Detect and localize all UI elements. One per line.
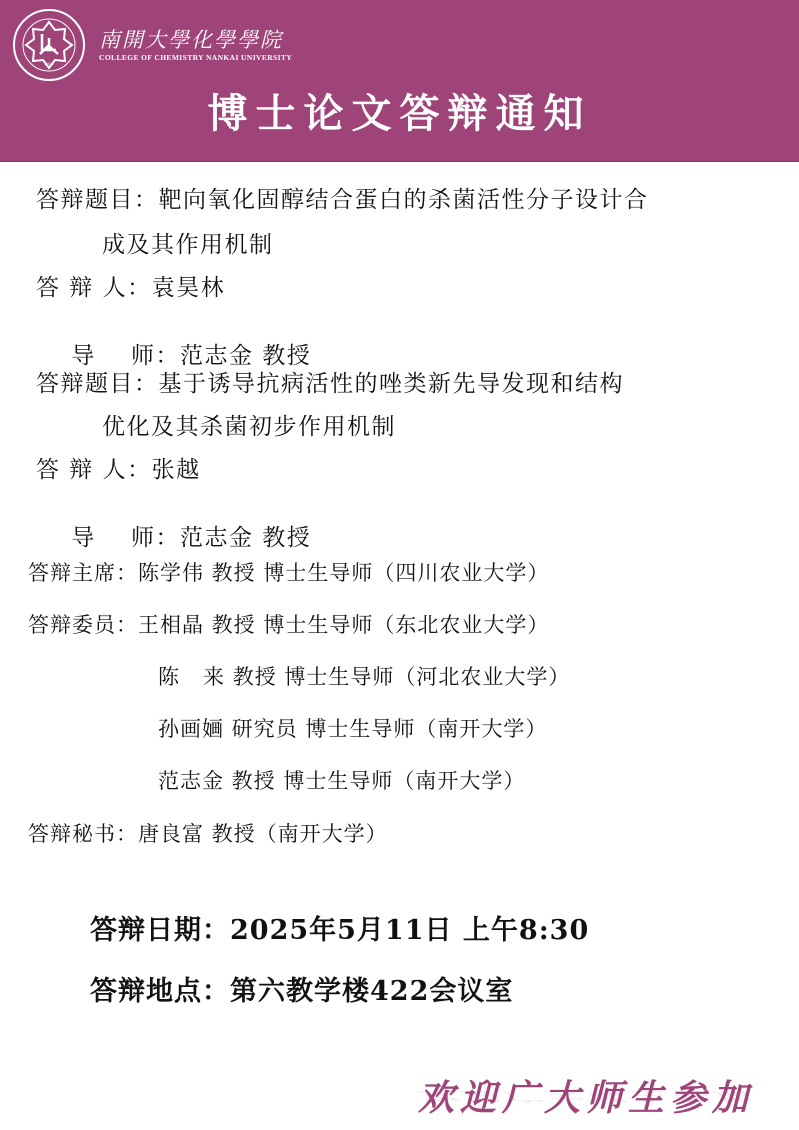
defense-2-topic-cont: 优化及其杀菌初步作用机制 — [102, 408, 396, 441]
candidate-name: 袁昊林 — [152, 275, 226, 301]
chair-name: 陈学伟 教授 博士生导师（四川农业大学） — [138, 561, 549, 585]
members-label: 答辩委员： — [28, 613, 138, 637]
college-emblem-icon: 1921 — [12, 8, 86, 82]
defense-2-topic: 答辩题目：基于诱导抗病活性的唑类新先导发现和结构 — [36, 365, 624, 398]
advisor-label: 导 师： — [71, 525, 180, 551]
committee-chair: 答辩主席：陈学伟 教授 博士生导师（四川农业大学） — [28, 557, 549, 587]
chair-label: 答辩主席： — [28, 561, 138, 585]
member-name: 王相晶 教授 博士生导师（东北农业大学） — [138, 613, 549, 637]
defense-2-candidate: 答 辩 人：张越 — [36, 451, 201, 484]
committee-member-2: 陈 来 教授 博士生导师（河北农业大学） — [158, 661, 570, 691]
candidate-label: 答 辩 人： — [36, 275, 152, 301]
defense-location: 答辩地点：第六教学楼422会议室 — [90, 969, 513, 1008]
header-banner: 1921 南開大學化學學院 COLLEGE OF CHEMISTRY NANKA… — [0, 0, 799, 162]
college-name-cn: 南開大學化學學院 — [99, 24, 283, 54]
defense-1-topic-cont: 成及其作用机制 — [102, 226, 274, 259]
candidate-name: 张越 — [152, 457, 201, 483]
candidate-label: 答 辩 人： — [36, 457, 152, 483]
date-label: 答辩日期： — [90, 915, 230, 946]
secretary-name: 唐良富 教授（南开大学） — [138, 822, 388, 846]
committee-member-4: 范志金 教授 博士生导师（南开大学） — [158, 765, 525, 795]
committee-secretary: 答辩秘书：唐良富 教授（南开大学） — [28, 818, 388, 848]
secretary-label: 答辩秘书： — [28, 822, 138, 846]
committee-member-1: 答辩委员：王相晶 教授 博士生导师（东北农业大学） — [28, 609, 549, 639]
topic-text: 靶向氧化固醇结合蛋白的杀菌活性分子设计合 — [159, 187, 649, 213]
page-title: 博士论文答辩通知 — [0, 82, 799, 139]
committee-member-3: 孙画婳 研究员 博士生导师（南开大学） — [158, 713, 547, 743]
location-label: 答辩地点： — [90, 976, 230, 1007]
college-name-en: COLLEGE OF CHEMISTRY NANKAI UNIVERSITY — [99, 53, 292, 62]
defense-1-topic: 答辩题目：靶向氧化固醇结合蛋白的杀菌活性分子设计合 — [36, 181, 649, 214]
svg-text:1921: 1921 — [44, 61, 54, 66]
date-value: 2025年5月11日 上午8:30 — [230, 915, 589, 946]
topic-label: 答辩题目： — [36, 371, 159, 397]
location-value: 第六教学楼422会议室 — [230, 976, 513, 1007]
topic-label: 答辩题目： — [36, 187, 159, 213]
topic-text: 基于诱导抗病活性的唑类新先导发现和结构 — [159, 371, 625, 397]
advisor-name: 范志金 教授 — [180, 525, 311, 551]
welcome-reflection: 欢迎广大师生参加 — [418, 1088, 754, 1106]
defense-1-candidate: 答 辩 人：袁昊林 — [36, 269, 225, 302]
defense-date: 答辩日期：2025年5月11日 上午8:30 — [90, 908, 589, 947]
